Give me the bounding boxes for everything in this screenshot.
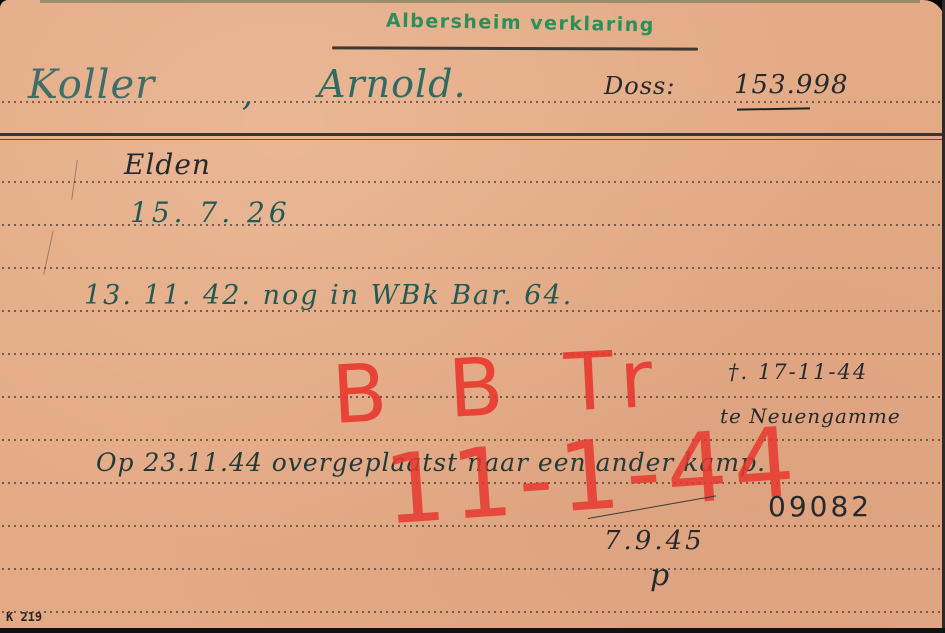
scan-edge-bottom: [0, 628, 945, 633]
header-divider-thin: [0, 139, 942, 140]
dossier-number: 153.998: [734, 70, 849, 100]
pencil-mark: [71, 160, 78, 200]
dossier-label: Doss:: [604, 72, 675, 100]
ruled-line: [0, 568, 940, 570]
death-date: †. 17-11-44: [728, 360, 868, 384]
birthdate: 15. 7. 26: [130, 196, 291, 229]
ruled-line: [0, 611, 940, 613]
number-code: 09082: [768, 490, 872, 523]
given-name: Arnold.: [318, 62, 467, 106]
form-code: K 219: [6, 610, 42, 624]
top-edge-stripe: [40, 0, 920, 3]
surname: Koller: [28, 62, 155, 108]
name-separator: ,: [242, 74, 254, 114]
header-underline: [332, 46, 698, 50]
header-divider-thick: [0, 133, 942, 136]
signature-date: 7.9.45: [604, 526, 705, 556]
ruled-line: [0, 181, 940, 183]
dossier-underline: [737, 107, 810, 110]
archive-index-card: Albersheim verklaring Koller , Arnold. D…: [0, 0, 945, 633]
birthplace: Elden: [124, 148, 211, 181]
signature-initial: p: [650, 558, 670, 593]
ruled-line: [0, 267, 940, 269]
header-annotation: Albersheim verklaring: [386, 10, 655, 37]
record-entry-1: 13. 11. 42. nog in WBk Bar. 64.: [84, 280, 573, 311]
